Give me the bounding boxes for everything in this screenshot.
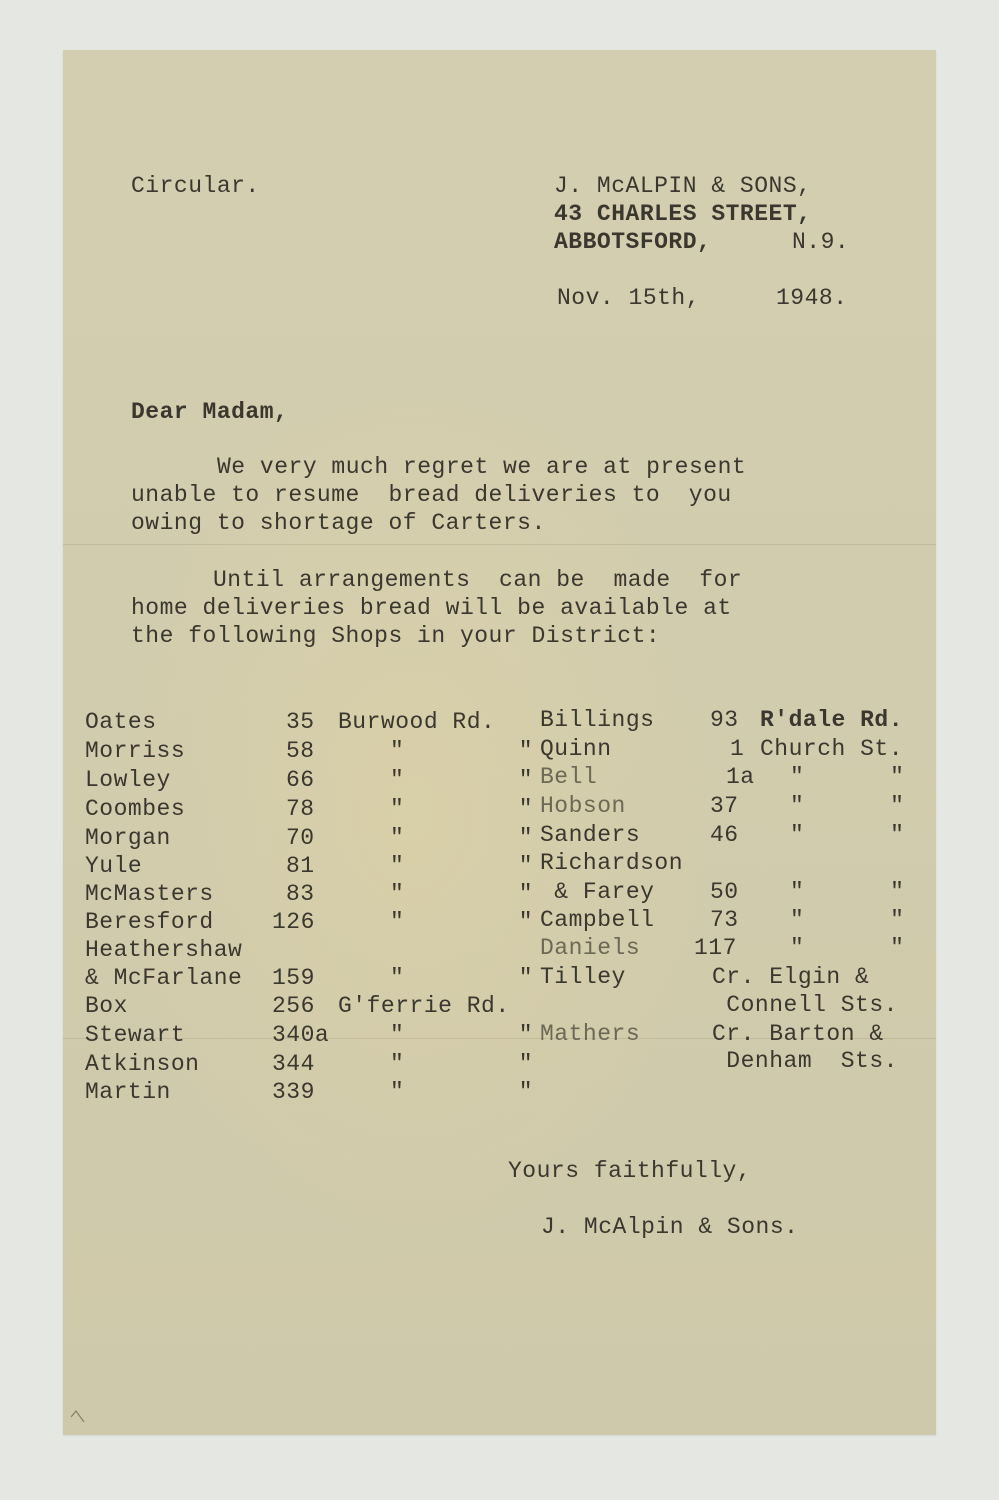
salutation: Dear Madam, [131, 398, 288, 426]
shop-name: Hobson [540, 792, 626, 820]
shop-street: Cr. Elgin & [712, 963, 869, 991]
shop-street: " " [390, 908, 533, 936]
paragraph1-line2: unable to resume bread deliveries to you [131, 481, 732, 509]
sender-city: ABBOTSFORD, [554, 228, 711, 256]
shop-number: 256 [272, 992, 315, 1020]
shop-street-continued: Connell Sts. [712, 991, 898, 1019]
shop-street-continued: Denham Sts. [712, 1047, 898, 1075]
shop-name: Richardson [540, 849, 683, 877]
shop-number: 66 [286, 766, 315, 794]
shop-number: 46 [710, 821, 739, 849]
shop-street: " " [390, 1050, 533, 1078]
shop-name: Heathershaw [85, 936, 242, 964]
shop-street: " " [790, 821, 904, 849]
shop-street: " " [390, 852, 533, 880]
shop-name: Oates [85, 708, 157, 736]
sender-postcode: N.9. [792, 228, 849, 256]
shop-number: 117 [694, 934, 737, 962]
circular-label: Circular. [131, 172, 260, 200]
shop-number: 37 [710, 792, 739, 820]
shop-number: 159 [272, 964, 315, 992]
shop-name: Quinn [540, 735, 612, 763]
letter-date-year: 1948. [776, 284, 848, 312]
shop-street: " " [390, 766, 533, 794]
shop-street: " " [390, 824, 533, 852]
sender-name: J. McALPIN & SONS, [554, 172, 811, 200]
shop-number: 339 [272, 1078, 315, 1106]
paragraph2-line1: Until arrangements can be made for [213, 566, 742, 594]
shop-name: Stewart [85, 1021, 185, 1049]
shop-number: 93 [710, 706, 739, 734]
shop-street: Cr. Barton & [712, 1020, 884, 1048]
shop-name: Box [85, 992, 128, 1020]
shop-street: " " [390, 880, 533, 908]
closing: Yours faithfully, [508, 1157, 751, 1185]
shop-street: " " [790, 878, 904, 906]
shop-name: Morriss [85, 737, 185, 765]
shop-name: Lowley [85, 766, 171, 794]
shop-name: Billings [540, 706, 654, 734]
shop-street: " " [790, 906, 904, 934]
shop-street: " " [390, 737, 533, 765]
shop-street: R'dale Rd. [760, 706, 903, 734]
shop-name: & Farey [540, 878, 654, 906]
signature: J. McAlpin & Sons. [541, 1213, 798, 1241]
shop-number: 78 [286, 795, 315, 823]
shop-street: " " [390, 1078, 533, 1106]
shop-name: Daniels [540, 934, 640, 962]
shop-name: Tilley [540, 963, 626, 991]
shop-number: 35 [286, 708, 315, 736]
shop-name: Coombes [85, 795, 185, 823]
paragraph1-line1: We very much regret we are at present [217, 453, 746, 481]
shop-number: 73 [710, 906, 739, 934]
shop-number: 70 [286, 824, 315, 852]
shop-name: Martin [85, 1078, 171, 1106]
folded-corner-icon [70, 1408, 86, 1424]
shop-name: Sanders [540, 821, 640, 849]
shop-name: Bell [540, 763, 597, 791]
paragraph2-line3: the following Shops in your District: [131, 622, 660, 650]
shop-number: 126 [272, 908, 315, 936]
shop-name: McMasters [85, 880, 214, 908]
shop-number: 83 [286, 880, 315, 908]
shop-street: G'ferrie Rd. [338, 992, 510, 1020]
shop-number: 340a [272, 1021, 329, 1049]
letter-date-day: Nov. 15th, [557, 284, 700, 312]
shop-street: " " [390, 1021, 533, 1049]
shop-street: Church St. [760, 735, 903, 763]
shop-number: 50 [710, 878, 739, 906]
shop-name: Yule [85, 852, 142, 880]
shop-street: " " [790, 792, 904, 820]
shop-name: & McFarlane [85, 964, 242, 992]
shop-street: " " [790, 763, 904, 791]
paragraph2-line2: home deliveries bread will be available … [131, 594, 732, 622]
sender-street: 43 CHARLES STREET, [554, 200, 811, 228]
shop-street: Burwood Rd. [338, 708, 495, 736]
shop-name: Campbell [540, 906, 654, 934]
shop-name: Mathers [540, 1020, 640, 1048]
shop-name: Morgan [85, 824, 171, 852]
shop-number: 1 [730, 735, 744, 763]
shop-number: 58 [286, 737, 315, 765]
shop-street: " " [390, 964, 533, 992]
shop-name: Beresford [85, 908, 214, 936]
shop-name: Atkinson [85, 1050, 199, 1078]
shop-street: " " [390, 795, 533, 823]
shop-number: 1a [726, 763, 755, 791]
shop-street: " " [790, 934, 904, 962]
shop-number: 344 [272, 1050, 315, 1078]
paragraph1-line3: owing to shortage of Carters. [131, 509, 546, 537]
paper-fold-line [63, 544, 936, 545]
shop-number: 81 [286, 852, 315, 880]
